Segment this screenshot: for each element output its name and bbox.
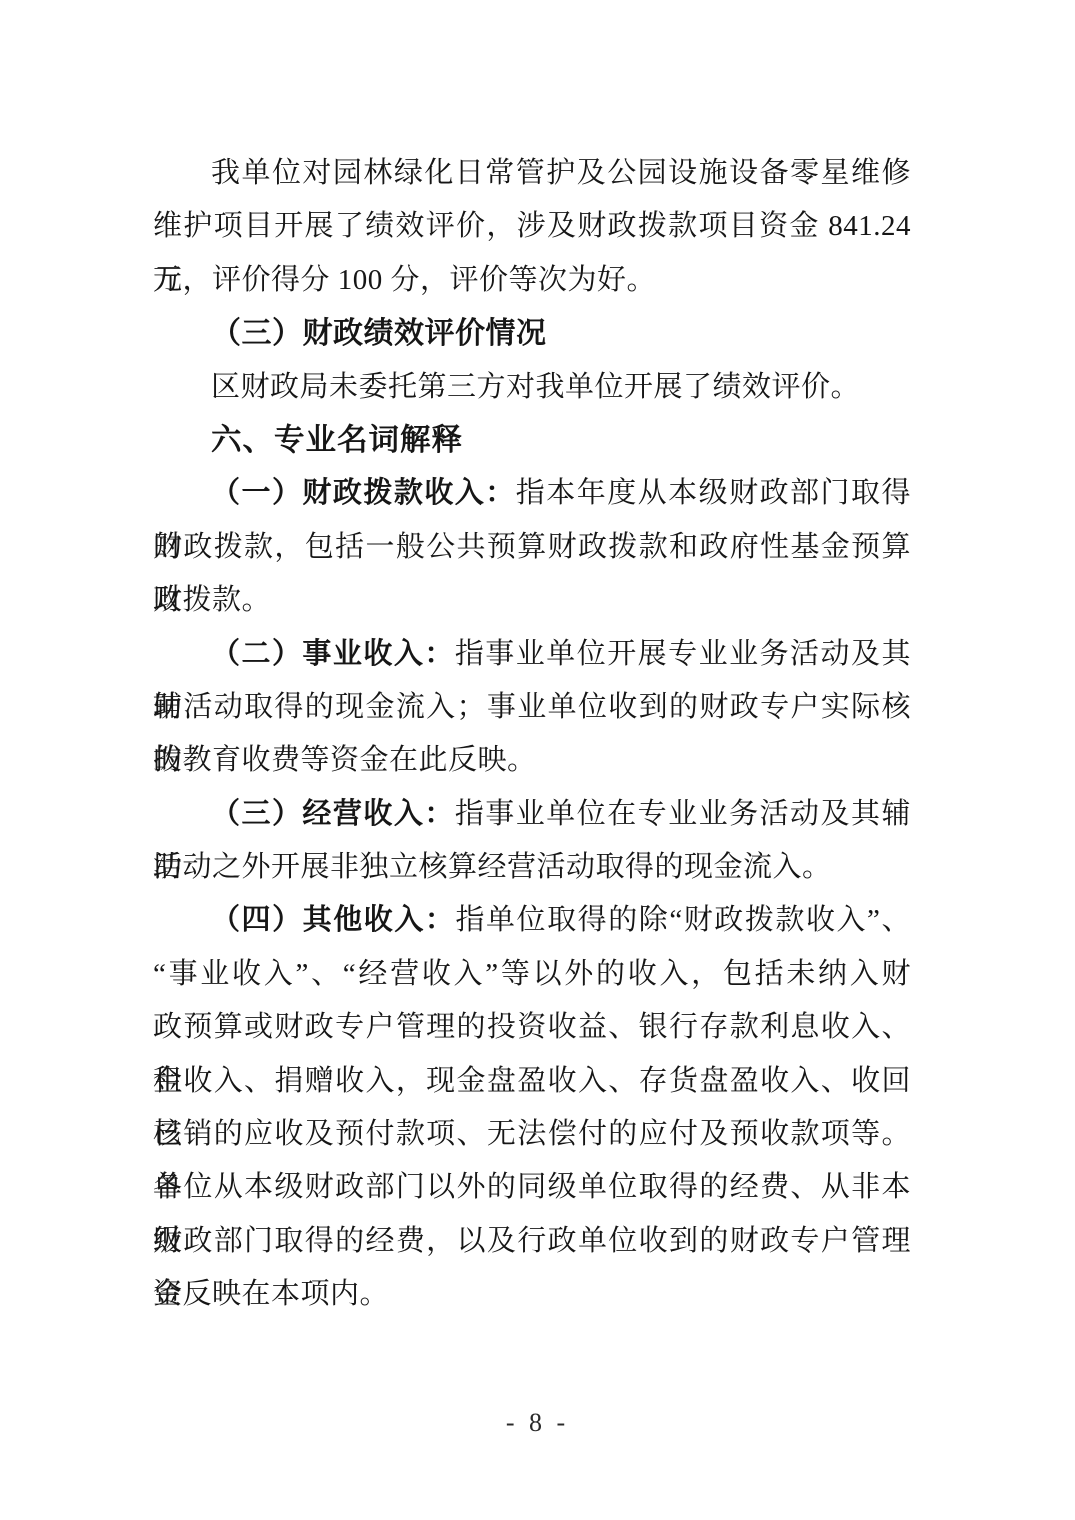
- text-line: “事业收入”、“经营收入”等以外的收入，包括未纳入财: [153, 948, 911, 1001]
- text-line: 区财政局未委托第三方对我单位开展了绩效评价。: [153, 361, 911, 414]
- text-line: 活动之外开展非独立核算经营活动取得的现金流入。: [153, 841, 911, 894]
- text-line: 财政拨款，包括一般公共预算财政拨款和政府性基金预算财: [153, 521, 911, 574]
- term-label: （四）其他收入：: [211, 904, 455, 936]
- text-line: （四）其他收入：指单位取得的除“财政拨款收入”、: [153, 894, 911, 947]
- term-institutional-income: （二）事业收入：指事业单位开展专业业务活动及其辅助活动取得的现金流入；事业单位收…: [153, 628, 911, 788]
- term-business-income: （三）经营收入：指事业单位在专业业务活动及其辅助活动之外开展非独立核算经营活动取…: [153, 788, 911, 895]
- text-line: 助活动取得的现金流入；事业单位收到的财政专户实际核拨: [153, 681, 911, 734]
- term-label: （一）财政拨款收入：: [211, 477, 516, 509]
- text-line: 政预算或财政专户管理的投资收益、银行存款利息收入、租: [153, 1001, 911, 1054]
- term-label: （二）事业收入：: [211, 638, 455, 670]
- text-line: 元，评价得分 100 分，评价等次为好。: [153, 254, 911, 307]
- text-line: 单位从本级财政部门以外的同级单位取得的经费、从非本级: [153, 1161, 911, 1214]
- text-line: 核销的应收及预付款项、无法偿付的应付及预收款项等。各: [153, 1108, 911, 1161]
- heading-fiscal-performance-evaluation: （三）财政绩效评价情况: [153, 307, 911, 360]
- para-project-performance-evaluation: 我单位对园林绿化日常管护及公园设施设备零星维修维护项目开展了绩效评价，涉及财政拨…: [153, 147, 911, 307]
- text-line: （三）经营收入：指事业单位在专业业务活动及其辅助: [153, 788, 911, 841]
- term-fiscal-appropriation-income: （一）财政拨款收入：指本年度从本级财政部门取得的财政拨款，包括一般公共预算财政拨…: [153, 467, 911, 627]
- page-content: 我单位对园林绿化日常管护及公园设施设备零星维修维护项目开展了绩效评价，涉及财政拨…: [153, 147, 911, 1322]
- text-line: （一）财政拨款收入：指本年度从本级财政部门取得的: [153, 467, 911, 520]
- text-line: 财政部门取得的经费，以及行政单位收到的财政专户管理资: [153, 1215, 911, 1268]
- text-line: 维护项目开展了绩效评价，涉及财政拨款项目资金 841.24 万: [153, 200, 911, 253]
- text-line: （二）事业收入：指事业单位开展专业业务活动及其辅: [153, 628, 911, 681]
- heading-terminology-explanation: 六、专业名词解释: [153, 414, 911, 467]
- text-line: 政拨款。: [153, 574, 911, 627]
- text-line: 我单位对园林绿化日常管护及公园设施设备零星维修: [153, 147, 911, 200]
- page-number: - 8 -: [0, 1408, 1075, 1438]
- term-other-income: （四）其他收入：指单位取得的除“财政拨款收入”、“事业收入”、“经营收入”等以外…: [153, 894, 911, 1321]
- text-line: 金反映在本项内。: [153, 1268, 911, 1321]
- text-line: 金收入、捐赠收入，现金盘盈收入、存货盘盈收入、收回已: [153, 1055, 911, 1108]
- document-page: 我单位对园林绿化日常管护及公园设施设备零星维修维护项目开展了绩效评价，涉及财政拨…: [0, 0, 1075, 1520]
- para-district-finance-bureau: 区财政局未委托第三方对我单位开展了绩效评价。: [153, 361, 911, 414]
- text-line: 的教育收费等资金在此反映。: [153, 734, 911, 787]
- term-label: （三）经营收入：: [211, 798, 455, 830]
